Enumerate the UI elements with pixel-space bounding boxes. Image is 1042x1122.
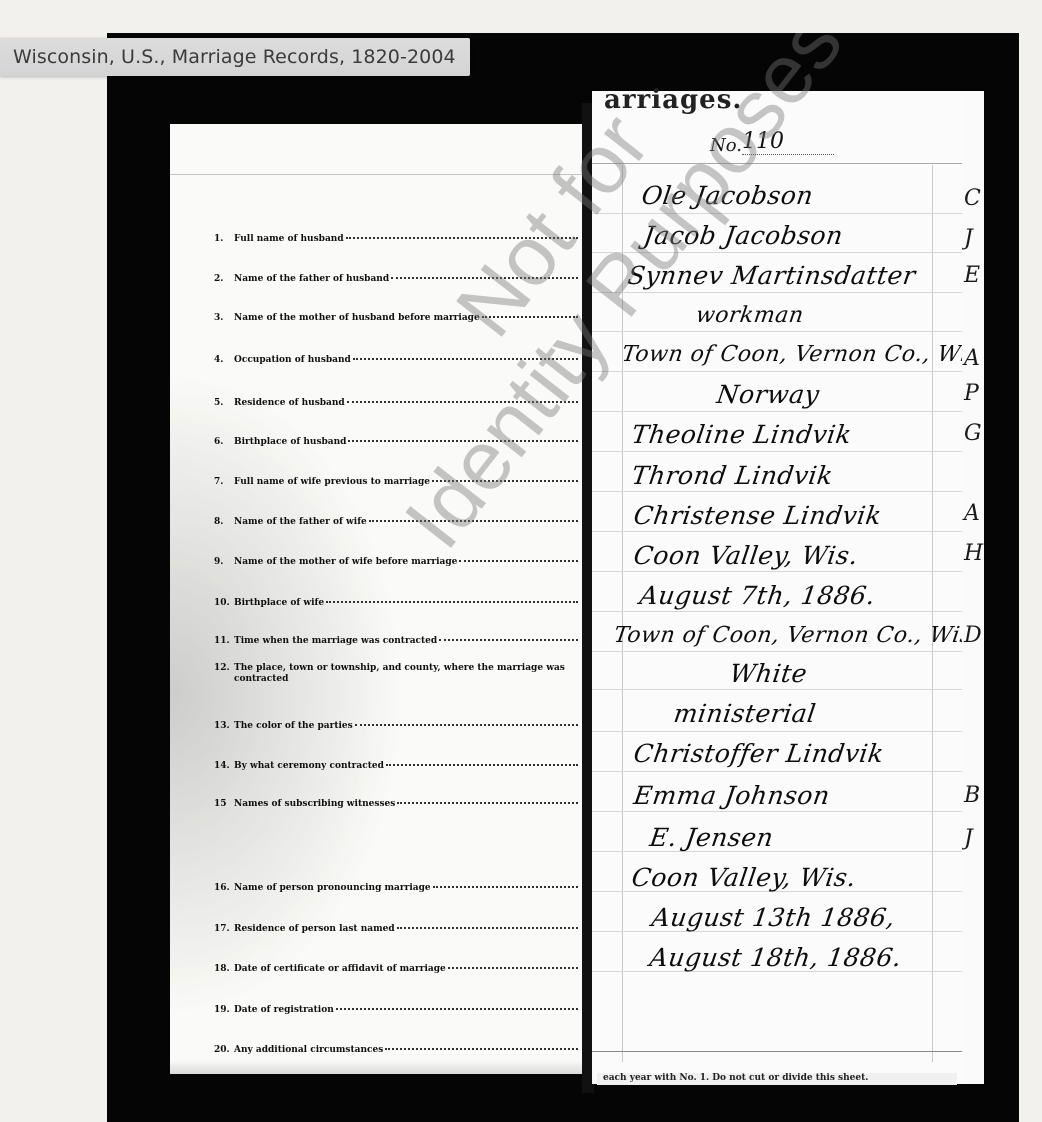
handwritten-value: Norway bbox=[715, 380, 821, 409]
dotted-leader bbox=[369, 520, 578, 522]
field-label: Name of the father of husband bbox=[234, 274, 389, 284]
field-label-row: 11. Time when the marriage was contracte… bbox=[214, 636, 578, 646]
row-rule bbox=[592, 611, 962, 612]
dotted-leader bbox=[397, 927, 578, 929]
record-collection-title-chip: Wisconsin, U.S., Marriage Records, 1820-… bbox=[0, 38, 470, 76]
handwritten-value: August 13th 1886, bbox=[650, 903, 897, 932]
dotted-leader bbox=[439, 639, 578, 641]
handwritten-value: Synnev Martinsdatter bbox=[626, 261, 918, 290]
field-label-row: 4. Occupation of husband bbox=[214, 355, 578, 365]
register-header-fragment: arriages. bbox=[604, 85, 742, 115]
adjacent-column-fragment: C J E A P G A H D B J bbox=[962, 91, 984, 1084]
field-label: Date of registration bbox=[234, 1005, 334, 1015]
handwritten-value: Town of Coon, Vernon Co., Wis. bbox=[620, 342, 989, 367]
dotted-leader bbox=[355, 724, 578, 726]
dotted-leader bbox=[397, 802, 578, 804]
record-number-label: No. bbox=[710, 135, 742, 156]
field-label: The place, town or township, and county,… bbox=[234, 663, 568, 685]
field-label-row: 20. Any additional circumstances bbox=[214, 1045, 578, 1055]
handwritten-value: E. Jensen bbox=[648, 823, 775, 852]
field-label: Birthplace of husband bbox=[234, 437, 346, 447]
field-label-row: 6. Birthplace of husband bbox=[214, 437, 578, 447]
row-rule bbox=[592, 651, 962, 652]
field-label: Full name of wife previous to marriage bbox=[234, 477, 430, 487]
dotted-leader bbox=[348, 440, 578, 442]
row-rule bbox=[592, 163, 962, 164]
field-label-row: 14. By what ceremony contracted bbox=[214, 761, 578, 771]
row-rule bbox=[592, 213, 962, 214]
column-rule bbox=[622, 165, 623, 1062]
dotted-leader bbox=[353, 358, 578, 360]
field-label-row: 8. Name of the father of wife bbox=[214, 517, 578, 527]
handwritten-value: Coon Valley, Wis. bbox=[632, 541, 860, 570]
row-rule bbox=[592, 571, 962, 572]
field-label: Date of certificate or affidavit of marr… bbox=[234, 964, 446, 974]
dotted-leader bbox=[385, 1048, 578, 1050]
field-label: Occupation of husband bbox=[234, 355, 351, 365]
field-label-row: 7. Full name of wife previous to marriag… bbox=[214, 477, 578, 487]
dotted-leader bbox=[459, 560, 578, 562]
handwritten-value: Theoline Lindvik bbox=[630, 420, 854, 449]
document-image-viewer[interactable]: 1. Full name of husband 2. Name of the f… bbox=[107, 33, 1019, 1122]
field-label-row: 5. Residence of husband bbox=[214, 398, 578, 408]
record-number-value: 110 bbox=[742, 129, 834, 155]
register-footer-note: each year with No. 1. Do not cut or divi… bbox=[597, 1073, 957, 1085]
handwritten-value: August 18th, 1886. bbox=[648, 943, 904, 972]
handwritten-value: Jacob Jacobson bbox=[642, 221, 845, 250]
handwritten-value: August 7th, 1886. bbox=[638, 581, 877, 610]
handwritten-value: Christense Lindvik bbox=[632, 501, 884, 530]
field-label-row: 1. Full name of husband bbox=[214, 234, 578, 244]
row-rule bbox=[592, 331, 962, 332]
row-rule bbox=[592, 689, 962, 690]
field-label-row: 19. Date of registration bbox=[214, 1005, 578, 1015]
dotted-leader bbox=[433, 886, 578, 888]
field-label-row: 17. Residence of person last named bbox=[214, 924, 578, 934]
field-label: Names of subscribing witnesses bbox=[234, 799, 395, 809]
handwritten-value: White bbox=[728, 659, 809, 688]
dotted-leader bbox=[347, 401, 578, 403]
field-label-row: 18. Date of certificate or affidavit of … bbox=[214, 964, 578, 974]
field-label-row: 2. Name of the father of husband bbox=[214, 274, 578, 284]
record-collection-title: Wisconsin, U.S., Marriage Records, 1820-… bbox=[13, 46, 456, 68]
row-rule bbox=[592, 1051, 962, 1052]
field-label: Birthplace of wife bbox=[234, 598, 324, 608]
field-label: The color of the parties bbox=[234, 721, 353, 731]
handwritten-value: workman bbox=[694, 303, 805, 328]
row-rule bbox=[592, 292, 962, 293]
field-label: Residence of husband bbox=[234, 398, 345, 408]
field-label-row: 15 Names of subscribing witnesses bbox=[214, 799, 578, 809]
field-label: Name of the mother of husband before mar… bbox=[234, 313, 480, 323]
field-label-row: 9. Name of the mother of wife before mar… bbox=[214, 557, 578, 567]
field-label: By what ceremony contracted bbox=[234, 761, 384, 771]
dotted-leader bbox=[448, 967, 578, 969]
row-rule bbox=[592, 371, 962, 372]
printed-labels-page: 1. Full name of husband 2. Name of the f… bbox=[170, 124, 582, 1074]
field-label-row: 3. Name of the mother of husband before … bbox=[214, 313, 578, 323]
row-rule bbox=[592, 731, 962, 732]
dotted-leader bbox=[386, 764, 578, 766]
dotted-leader bbox=[432, 480, 578, 482]
handwritten-value: Coon Valley, Wis. bbox=[630, 863, 858, 892]
handwritten-value: ministerial bbox=[672, 699, 818, 728]
dotted-leader bbox=[336, 1008, 578, 1010]
field-label: Name of the mother of wife before marria… bbox=[234, 557, 457, 567]
field-label: Residence of person last named bbox=[234, 924, 395, 934]
handwritten-value: Emma Johnson bbox=[632, 781, 832, 810]
field-label: Name of person pronouncing marriage bbox=[234, 883, 431, 893]
handwritten-value: Ole Jacobson bbox=[640, 181, 815, 210]
handwritten-value: Town of Coon, Vernon Co., Wis. bbox=[612, 623, 981, 648]
row-rule bbox=[592, 771, 962, 772]
field-label-row: 13. The color of the parties bbox=[214, 721, 578, 731]
row-rule bbox=[592, 491, 962, 492]
field-label: Full name of husband bbox=[234, 234, 344, 244]
row-rule bbox=[592, 811, 962, 812]
handwritten-value: Thrond Lindvik bbox=[630, 461, 835, 490]
dotted-leader bbox=[391, 277, 578, 279]
field-label-row: 16. Name of person pronouncing marriage bbox=[214, 883, 578, 893]
dotted-leader bbox=[346, 237, 578, 239]
field-label-row: 12. The place, town or township, and cou… bbox=[214, 663, 578, 685]
row-rule bbox=[592, 451, 962, 452]
dotted-leader bbox=[482, 316, 578, 318]
field-label: Any additional circumstances bbox=[234, 1045, 383, 1055]
field-label-row: 10. Birthplace of wife bbox=[214, 598, 578, 608]
handwritten-value: Christoffer Lindvik bbox=[632, 739, 886, 768]
row-rule bbox=[592, 252, 962, 253]
dotted-leader bbox=[326, 601, 578, 603]
row-rule bbox=[592, 531, 962, 532]
row-rule bbox=[592, 411, 962, 412]
field-label: Time when the marriage was contracted bbox=[234, 636, 437, 646]
column-rule bbox=[932, 165, 933, 1062]
handwritten-entries-page: arriages. No. 110 Ole Jacobson Jacob Jac… bbox=[592, 91, 962, 1084]
field-label: Name of the father of wife bbox=[234, 517, 367, 527]
